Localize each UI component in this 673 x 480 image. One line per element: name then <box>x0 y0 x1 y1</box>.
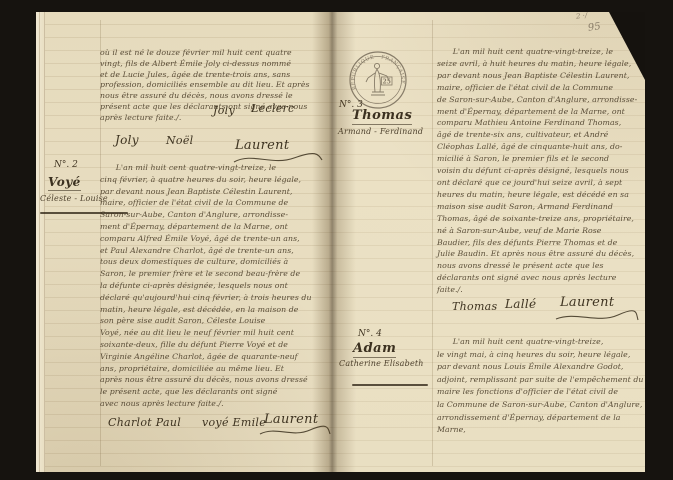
pencil-scribble: 2 ·/ <box>576 11 588 20</box>
svg-text:RÉPUBLIQUE: RÉPUBLIQUE <box>349 55 375 91</box>
signature-flourish-icon <box>258 425 332 439</box>
signature: Joly <box>213 104 235 117</box>
act3-text: L'an mil huit cent quatre-vingt-treize, … <box>437 46 643 296</box>
page-stack-edge <box>36 12 45 472</box>
signature: Joly <box>115 133 139 147</box>
deceased-surname: Adam <box>353 341 396 358</box>
signature: Thomas <box>452 300 497 313</box>
scanned-register-photo: { "document": { "type": "registre d'état… <box>0 0 673 480</box>
act2-text: L'an mil huit cent quatre-vingt-treize, … <box>100 162 334 410</box>
stamp-arc-left-label: RÉPUBLIQUE <box>349 55 375 91</box>
act-number: N°. 4 <box>358 329 382 339</box>
signature: Leclerc <box>251 102 295 115</box>
signature: voyé Emile <box>202 416 266 429</box>
signature: Noël <box>166 134 193 147</box>
left-page: N°. 2 Voyé Céleste - Louise où il est né… <box>36 12 332 472</box>
deceased-surname: Voyé <box>48 175 81 191</box>
signature-flourish-icon <box>554 309 640 325</box>
deceased-given-names: Céleste - Louise <box>40 194 108 203</box>
pencil-page-number: 95 <box>587 21 601 34</box>
officer-signature: Laurent <box>235 138 289 153</box>
right-margin-rule <box>432 20 433 466</box>
deceased-given-names: Catherine Elisabeth <box>339 359 424 368</box>
act-number: N°. 2 <box>54 160 78 170</box>
stamp-denomination: 25 <box>383 78 391 85</box>
signature: Lallé <box>505 297 536 311</box>
register-book-spread: N°. 2 Voyé Céleste - Louise où il est né… <box>36 12 645 472</box>
act4-text: L'an mil huit cent quatre-vingt-treize, … <box>437 336 645 437</box>
right-page: 2 ·/ 95 RÉPUBLIQUE FRANÇAISE <box>332 12 645 472</box>
clipped-page-corner <box>609 12 645 80</box>
officer-signature: Laurent <box>560 295 614 310</box>
signature: Charlot Paul <box>108 416 181 429</box>
deceased-surname: Thomas <box>352 108 412 125</box>
margin-separator-line <box>352 384 428 386</box>
deceased-given-names: Armand - Ferdinand <box>338 127 423 136</box>
